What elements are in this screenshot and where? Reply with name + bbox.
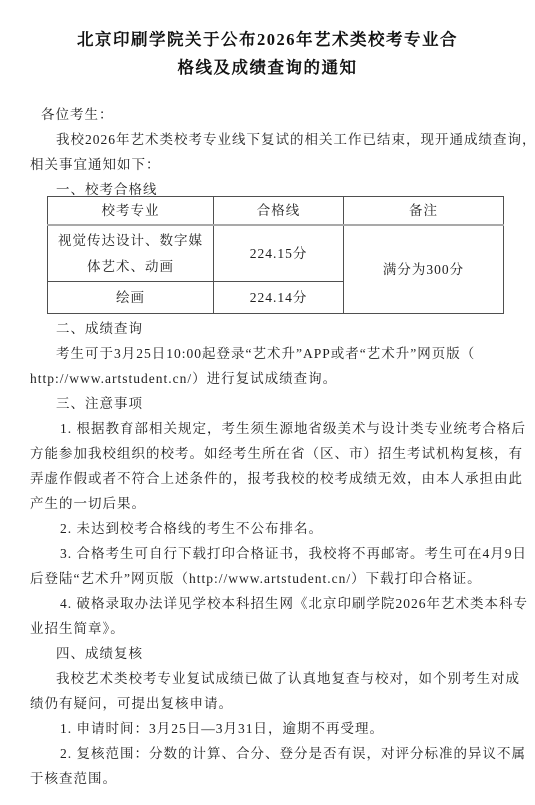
section-3-heading: 三、注意事项 <box>30 391 505 416</box>
page-title: 北京印刷学院关于公布2026年艺术类校考专业合 格线及成绩查询的通知 <box>30 26 505 82</box>
cell-major-painting: 绘画 <box>48 282 214 314</box>
section-3-item-1-line: 方能参加我校组织的校考。如经考生所在省（区、市）招生考试机构复核，有 <box>30 441 505 466</box>
section-4-item-2-line: 2. 复核范围：分数的计算、合分、登分是否有误，对评分标准的异议不属 <box>30 741 505 766</box>
section-4-item-1-line: 1. 申请时间：3月25日—3月31日，逾期不再受理。 <box>30 716 505 741</box>
section-3-item-1-line: 产生的一切后果。 <box>30 491 505 516</box>
page-title-line-2: 格线及成绩查询的通知 <box>30 54 505 82</box>
intro-line: 相关事宜通知如下： <box>30 152 505 177</box>
page-title-line-1: 北京印刷学院关于公布2026年艺术类校考专业合 <box>30 26 505 54</box>
section-3-item-1-line: 1. 根据教育部相关规定，考生须生源地省级美术与设计类专业统考合格后 <box>30 416 505 441</box>
section-2-heading: 二、成绩查询 <box>30 316 505 341</box>
cell-score-painting: 224.14分 <box>214 282 344 314</box>
section-3-item-1-line: 弄虚作假或者不符合上述条件的，报考我校的校考成绩无效，由本人承担由此 <box>30 466 505 491</box>
table-header-line: 合格线 <box>214 197 344 226</box>
notice-document: 北京印刷学院关于公布2026年艺术类校考专业合 格线及成绩查询的通知 各位考生：… <box>0 0 535 805</box>
section-4-heading: 四、成绩复核 <box>30 641 505 666</box>
table-header-note: 备注 <box>344 197 504 226</box>
score-table: 校考专业 合格线 备注 视觉传达设计、数字媒体艺术、动画 224.15分 满分为… <box>47 196 504 314</box>
greeting: 各位考生： <box>30 102 505 127</box>
cell-score-design: 224.15分 <box>214 225 344 282</box>
section-3-item-3-line: 3. 合格考生可自行下载打印合格证书，我校将不再邮寄。考生可在4月9日 <box>30 541 505 566</box>
cell-note-fullscore: 满分为300分 <box>344 225 504 314</box>
intro-line: 我校2026年艺术类校考专业线下复试的相关工作已结束，现开通成绩查询， <box>30 127 505 152</box>
cell-major-design: 视觉传达设计、数字媒体艺术、动画 <box>48 225 214 282</box>
section-3-item-4-line: 4. 破格录取办法详见学校本科招生网《北京印刷学院2026年艺术类本科专 <box>30 591 505 616</box>
section-3-item-3-line: 后登陆“艺术升”网页版（http://www.artstudent.cn/）下载… <box>30 566 505 591</box>
section-4-para-line: 我校艺术类校考专业复试成绩已做了认真地复查与校对，如个别考生对成 <box>30 666 505 691</box>
section-3-item-2-line: 2. 未达到校考合格线的考生不公布排名。 <box>30 516 505 541</box>
table-header-row: 校考专业 合格线 备注 <box>48 197 504 226</box>
section-2-line: 考生可于3月25日10:00起登录“艺术升”APP或者“艺术升”网页版（ <box>30 341 505 366</box>
section-3-item-4-line: 业招生简章》。 <box>30 616 505 641</box>
section-4-item-2-line: 于核查范围。 <box>30 766 505 791</box>
section-2-line: http://www.artstudent.cn/）进行复试成绩查询。 <box>30 366 505 391</box>
table-row: 视觉传达设计、数字媒体艺术、动画 224.15分 满分为300分 <box>48 225 504 282</box>
section-4-para-line: 绩仍有疑问，可提出复核申请。 <box>30 691 505 716</box>
